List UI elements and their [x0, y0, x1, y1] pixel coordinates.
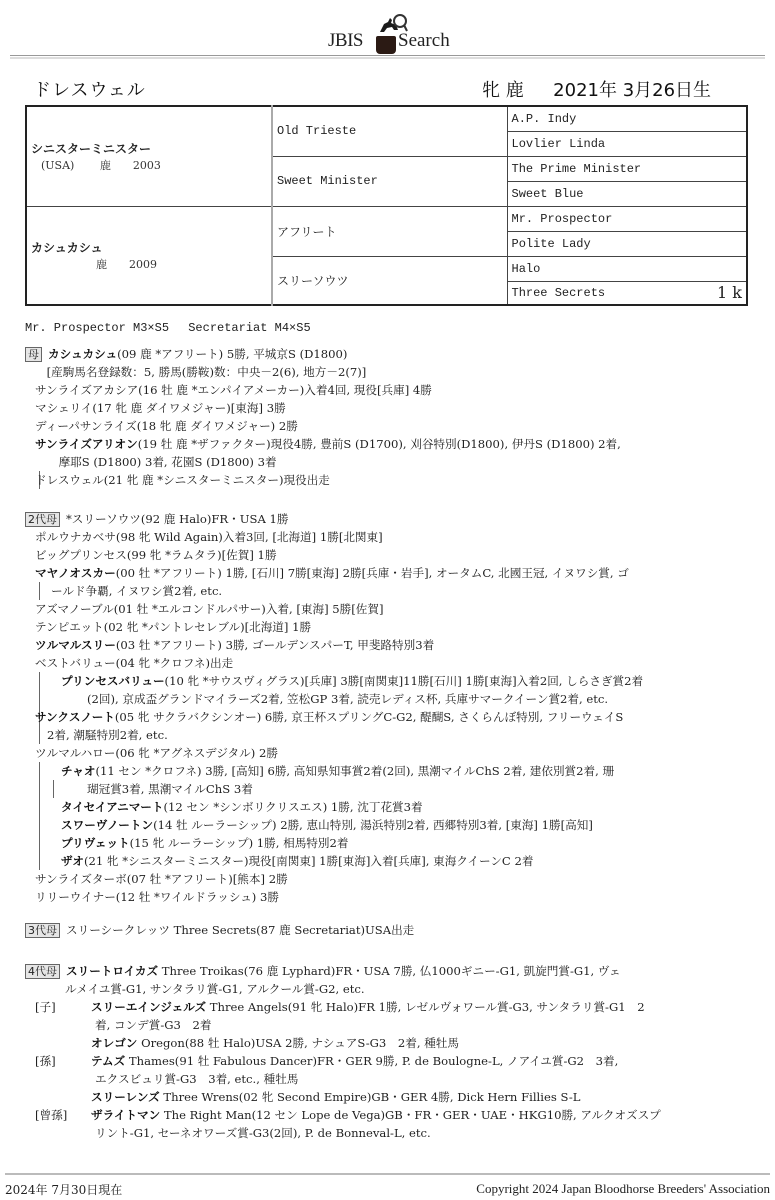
- list-item: ルメイユ賞-G1, サンタラリ賞-G1, アルクール賞-G2, etc.: [25, 980, 755, 998]
- list-item: [曾孫]ザライトマン The Right Man(12 セン Lope de V…: [25, 1106, 755, 1124]
- list-item: ベストバリュー(04 牝 *クロフネ)出走: [25, 654, 755, 672]
- third-dam-section: 3代母スリーシークレッツ Three Secrets(87 鹿 Secretar…: [25, 921, 755, 939]
- list-item: リリーウイナー(12 牡 *ワイルドラッシュ) 3勝: [25, 888, 755, 906]
- gen3-ancestor-cell: Three Secrets 1 k: [507, 281, 747, 305]
- as-of-date: 2024年 7月30日現在: [5, 1181, 122, 1198]
- gen3-ancestor[interactable]: The Prime Minister: [507, 156, 747, 181]
- list-item: ドレスウェル(21 牝 鹿 *シニスターミニスター)現役出走: [25, 471, 755, 489]
- list-item: ディーパサンライズ(18 牝 鹿 ダイワメジャー) 2勝: [25, 417, 755, 435]
- list-item: ールド争覇, イヌワシ賞2着, etc.: [25, 582, 755, 600]
- sire-cell: シニスターミニスター (USA) 鹿 2003: [26, 106, 272, 206]
- logo-text-search: Search: [398, 30, 450, 52]
- list-item: プリヴェット(15 牝 ルーラーシップ) 1勝, 相馬特別2着: [25, 834, 755, 852]
- section-label-4th-dam: 4代母: [25, 964, 60, 979]
- dam-name[interactable]: カシュカシュ: [31, 239, 267, 256]
- list-item: リント-G1, セーネオワーズ賞-G3(2回), P. de Bonneval-…: [25, 1124, 755, 1142]
- list-item: サンクスノート(05 牝 サクラバクシンオー) 6勝, 京王杯スプリングC-G2…: [25, 708, 755, 726]
- logo-jar-icon: [376, 36, 396, 54]
- family-number: 1 k: [717, 283, 742, 302]
- gen3-ancestor[interactable]: Polite Lady: [507, 231, 747, 256]
- list-item: 2代母*スリーソウツ(92 鹿 Halo)FR・USA 1勝: [25, 510, 755, 528]
- list-item: サンライズターボ(07 牡 *アフリート)[熊本] 2勝: [25, 870, 755, 888]
- section-label-2nd-dam: 2代母: [25, 512, 60, 527]
- list-item: チャオ(11 セン *クロフネ) 3勝, [高知] 6勝, 高知県知事賞2着(2…: [25, 762, 755, 780]
- list-item: プリンセスバリュー(10 牝 *サウスヴィグラス)[兵庫] 3勝[南関東]11勝…: [25, 672, 755, 690]
- list-item: [孫]テムズ Thames(91 牡 Fabulous Dancer)FR・GE…: [25, 1052, 755, 1070]
- list-item: マヤノオスカー(00 牡 *アフリート) 1勝, [石川] 7勝[東海] 2勝[…: [25, 564, 755, 582]
- list-item: マシェリイ(17 牝 鹿 ダイワメジャー)[東海] 3勝: [25, 399, 755, 417]
- sire-info: (USA) 鹿 2003: [31, 157, 267, 173]
- section-label-dam: 母: [25, 347, 42, 362]
- list-item: ビッグプリンセス(99 牝 *ラムタラ)[佐賀] 1勝: [25, 546, 755, 564]
- gen3-ancestor[interactable]: Three Secrets: [512, 286, 606, 300]
- sire-sire[interactable]: Old Trieste: [272, 106, 507, 156]
- second-dam-section: 2代母*スリーソウツ(92 鹿 Halo)FR・USA 1勝 ポルウナカベサ(9…: [25, 510, 755, 906]
- dam-sire[interactable]: アフリート: [272, 206, 507, 256]
- list-item: スワーヴノートン(14 牡 ルーラーシップ) 2勝, 恵山特別, 湯浜特別2着,…: [25, 816, 755, 834]
- list-item: 着, コンデ賞-G3 2着: [25, 1016, 755, 1034]
- fourth-dam-section: 4代母スリートロイカズ Three Troikas(76 鹿 Lyphard)F…: [25, 962, 755, 1142]
- jbis-search-logo[interactable]: JBIS Search: [328, 8, 458, 52]
- pedigree-table: シニスターミニスター (USA) 鹿 2003 Old Trieste A.P.…: [25, 105, 748, 306]
- list-item: ザオ(21 牝 *シニスターミニスター)現役[南関東] 1勝[東海]入着[兵庫]…: [25, 852, 755, 870]
- logo-text-jbis: JBIS: [328, 30, 363, 52]
- sire-name[interactable]: シニスターミニスター: [31, 140, 267, 157]
- list-item: テンピエット(02 牝 *パントレセレブル)[北海道] 1勝: [25, 618, 755, 636]
- list-item: サンライズアカシア(16 牡 鹿 *エンパイアメーカー)入着4回, 現役[兵庫]…: [25, 381, 755, 399]
- list-item: [産駒馬名登録数：5, 勝馬(勝鞍)数：中央－2(6), 地方－2(7)]: [25, 363, 755, 381]
- list-item: 2着, 潮騒特別2着, etc.: [25, 726, 755, 744]
- list-item: タイセイアニマート(12 セン *シンボリクリスエス) 1勝, 沈丁花賞3着: [25, 798, 755, 816]
- inbreeding-info: Mr. Prospector M3×S5 Secretariat M4×S5: [25, 318, 311, 335]
- footer-divider: [5, 1173, 770, 1175]
- list-item: オレゴン Oregon(88 牡 Halo)USA 2勝, ナシュアS-G3 2…: [25, 1034, 755, 1052]
- gen3-ancestor[interactable]: Sweet Blue: [507, 181, 747, 206]
- list-item: 摩耶S (D1800) 3着, 花園S (D1800) 3着: [25, 453, 755, 471]
- list-item: 3代母スリーシークレッツ Three Secrets(87 鹿 Secretar…: [25, 921, 755, 939]
- list-item: ツルマルハロー(06 牝 *アグネスデジタル) 2勝: [25, 744, 755, 762]
- section-label-3rd-dam: 3代母: [25, 923, 60, 938]
- list-item: ポルウナカベサ(98 牝 Wild Again)入着3回, [北海道] 1勝[北…: [25, 528, 755, 546]
- horse-name: ドレスウェル: [33, 76, 146, 102]
- sire-dam[interactable]: Sweet Minister: [272, 156, 507, 206]
- list-item: 母カシュカシュ(09 鹿 *アフリート) 5勝, 平城京S (D1800): [25, 345, 755, 363]
- header-divider: [10, 55, 765, 59]
- gen3-ancestor[interactable]: Mr. Prospector: [507, 206, 747, 231]
- list-item: 瑚冠賞3着, 黒潮マイルChS 3着: [25, 780, 755, 798]
- gen3-ancestor[interactable]: Lovlier Linda: [507, 131, 747, 156]
- dam-info: 鹿 2009: [31, 256, 267, 272]
- dam-cell: カシュカシュ 鹿 2009: [26, 206, 272, 305]
- list-item: 4代母スリートロイカズ Three Troikas(76 鹿 Lyphard)F…: [25, 962, 755, 980]
- gen3-ancestor[interactable]: A.P. Indy: [507, 106, 747, 131]
- horse-sex-color-birthdate: 牝 鹿 2021年 3月26日生: [482, 76, 711, 102]
- dam-section: 母カシュカシュ(09 鹿 *アフリート) 5勝, 平城京S (D1800) [産…: [25, 345, 755, 489]
- list-item: エクスビュリ賞-G3 3着, etc., 種牡馬: [25, 1070, 755, 1088]
- list-item: (2回), 京成盃グランドマイラーズ2着, 笠松GP 3着, 読売レディス杯, …: [25, 690, 755, 708]
- list-item: ツルマルスリー(03 牡 *アフリート) 3勝, ゴールデンスパーT, 甲斐路特…: [25, 636, 755, 654]
- list-item: スリーレンズ Three Wrens(02 牝 Second Empire)GB…: [25, 1088, 755, 1106]
- list-item: サンライズアリオン(19 牡 鹿 *ザファクター)現役4勝, 豊前S (D170…: [25, 435, 755, 453]
- list-item: アズマノーブル(01 牡 *エルコンドルパサー)入着, [東海] 5勝[佐賀]: [25, 600, 755, 618]
- list-item: [子]スリーエインジェルズ Three Angels(91 牝 Halo)FR …: [25, 998, 755, 1016]
- gen3-ancestor[interactable]: Halo: [507, 256, 747, 281]
- dam-dam[interactable]: スリーソウツ: [272, 256, 507, 305]
- copyright: Copyright 2024 Japan Bloodhorse Breeders…: [476, 1181, 770, 1197]
